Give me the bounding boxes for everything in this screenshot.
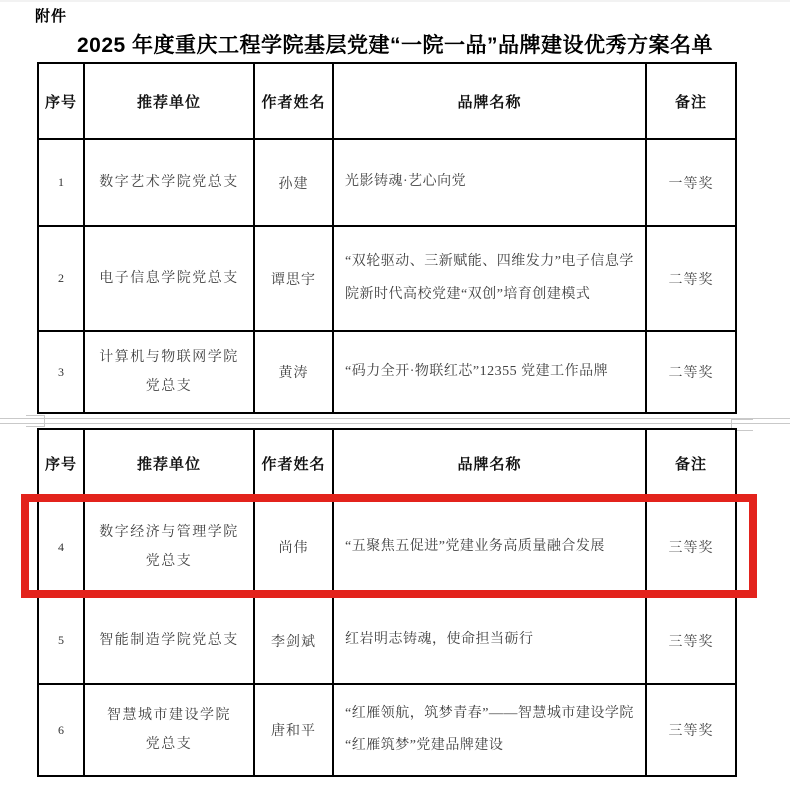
page-title: 2025 年度重庆工程学院基层党建“一院一品”品牌建设优秀方案名单	[0, 29, 790, 59]
cell-serial: 1	[38, 139, 84, 226]
window-top-edge	[0, 0, 790, 2]
cell-serial: 6	[38, 684, 84, 776]
cell-unit: 智能制造学院党总支	[84, 597, 254, 684]
table-row: 1 数字艺术学院党总支 孙建 光影铸魂·艺心向党 一等奖	[38, 139, 736, 226]
column-header-note: 备注	[646, 63, 736, 139]
cell-award: 三等奖	[646, 684, 736, 776]
column-header-author: 作者姓名	[254, 63, 333, 139]
column-header-note: 备注	[646, 429, 736, 497]
page-break-line	[0, 423, 790, 424]
column-header-unit: 推荐单位	[84, 63, 254, 139]
column-header-unit: 推荐单位	[84, 429, 254, 497]
table-row: 3 计算机与物联网学院 党总支 黄涛 “码力全开·物联红芯”12355 党建工作…	[38, 331, 736, 413]
column-header-author: 作者姓名	[254, 429, 333, 497]
table-header-row: 序号 推荐单位 作者姓名 品牌名称 备注	[38, 63, 736, 139]
cell-brand: “码力全开·物联红芯”12355 党建工作品牌	[333, 331, 646, 413]
cell-author: 李剑斌	[254, 597, 333, 684]
table-row: 6 智慧城市建设学院 党总支 唐和平 “红雁领航，筑梦青春”——智慧城市建设学院…	[38, 684, 736, 776]
table-header-row: 序号 推荐单位 作者姓名 品牌名称 备注	[38, 429, 736, 497]
page-break-mark-left	[26, 415, 45, 427]
cell-brand: 光影铸魂·艺心向党	[333, 139, 646, 226]
column-header-serial: 序号	[38, 63, 84, 139]
award-table-page1: 序号 推荐单位 作者姓名 品牌名称 备注 1 数字艺术学院党总支 孙建 光影铸魂…	[37, 62, 737, 414]
cell-unit: 电子信息学院党总支	[84, 226, 254, 331]
cell-brand: “红雁领航，筑梦青春”——智慧城市建设学院 “红雁筑梦”党建品牌建设	[333, 684, 646, 776]
cell-serial: 2	[38, 226, 84, 331]
cell-author: 孙建	[254, 139, 333, 226]
cell-serial: 5	[38, 597, 84, 684]
column-header-serial: 序号	[38, 429, 84, 497]
cell-brand: 红岩明志铸魂，使命担当砺行	[333, 597, 646, 684]
award-table-page2: 序号 推荐单位 作者姓名 品牌名称 备注 4 数字经济与管理学院 党总支 尚伟 …	[37, 428, 737, 777]
cell-award: 三等奖	[646, 597, 736, 684]
cell-author: 黄涛	[254, 331, 333, 413]
cell-unit: 数字艺术学院党总支	[84, 139, 254, 226]
cell-author: 唐和平	[254, 684, 333, 776]
cell-unit: 计算机与物联网学院 党总支	[84, 331, 254, 413]
page-break-line	[0, 418, 790, 419]
cell-award: 二等奖	[646, 226, 736, 331]
cell-award: 一等奖	[646, 139, 736, 226]
table-row: 2 电子信息学院党总支 谭思宇 “双轮驱动、三新赋能、四维发力”电子信息学 院新…	[38, 226, 736, 331]
cell-unit: 智慧城市建设学院 党总支	[84, 684, 254, 776]
column-header-brand: 品牌名称	[333, 63, 646, 139]
cell-author: 谭思宇	[254, 226, 333, 331]
cell-award: 二等奖	[646, 331, 736, 413]
table-row: 5 智能制造学院党总支 李剑斌 红岩明志铸魂，使命担当砺行 三等奖	[38, 597, 736, 684]
column-header-brand: 品牌名称	[333, 429, 646, 497]
cell-brand: “双轮驱动、三新赋能、四维发力”电子信息学 院新时代高校党建“双创”培育创建模式	[333, 226, 646, 331]
attachment-label: 附件	[35, 5, 67, 26]
highlight-box	[21, 494, 757, 598]
cell-serial: 3	[38, 331, 84, 413]
